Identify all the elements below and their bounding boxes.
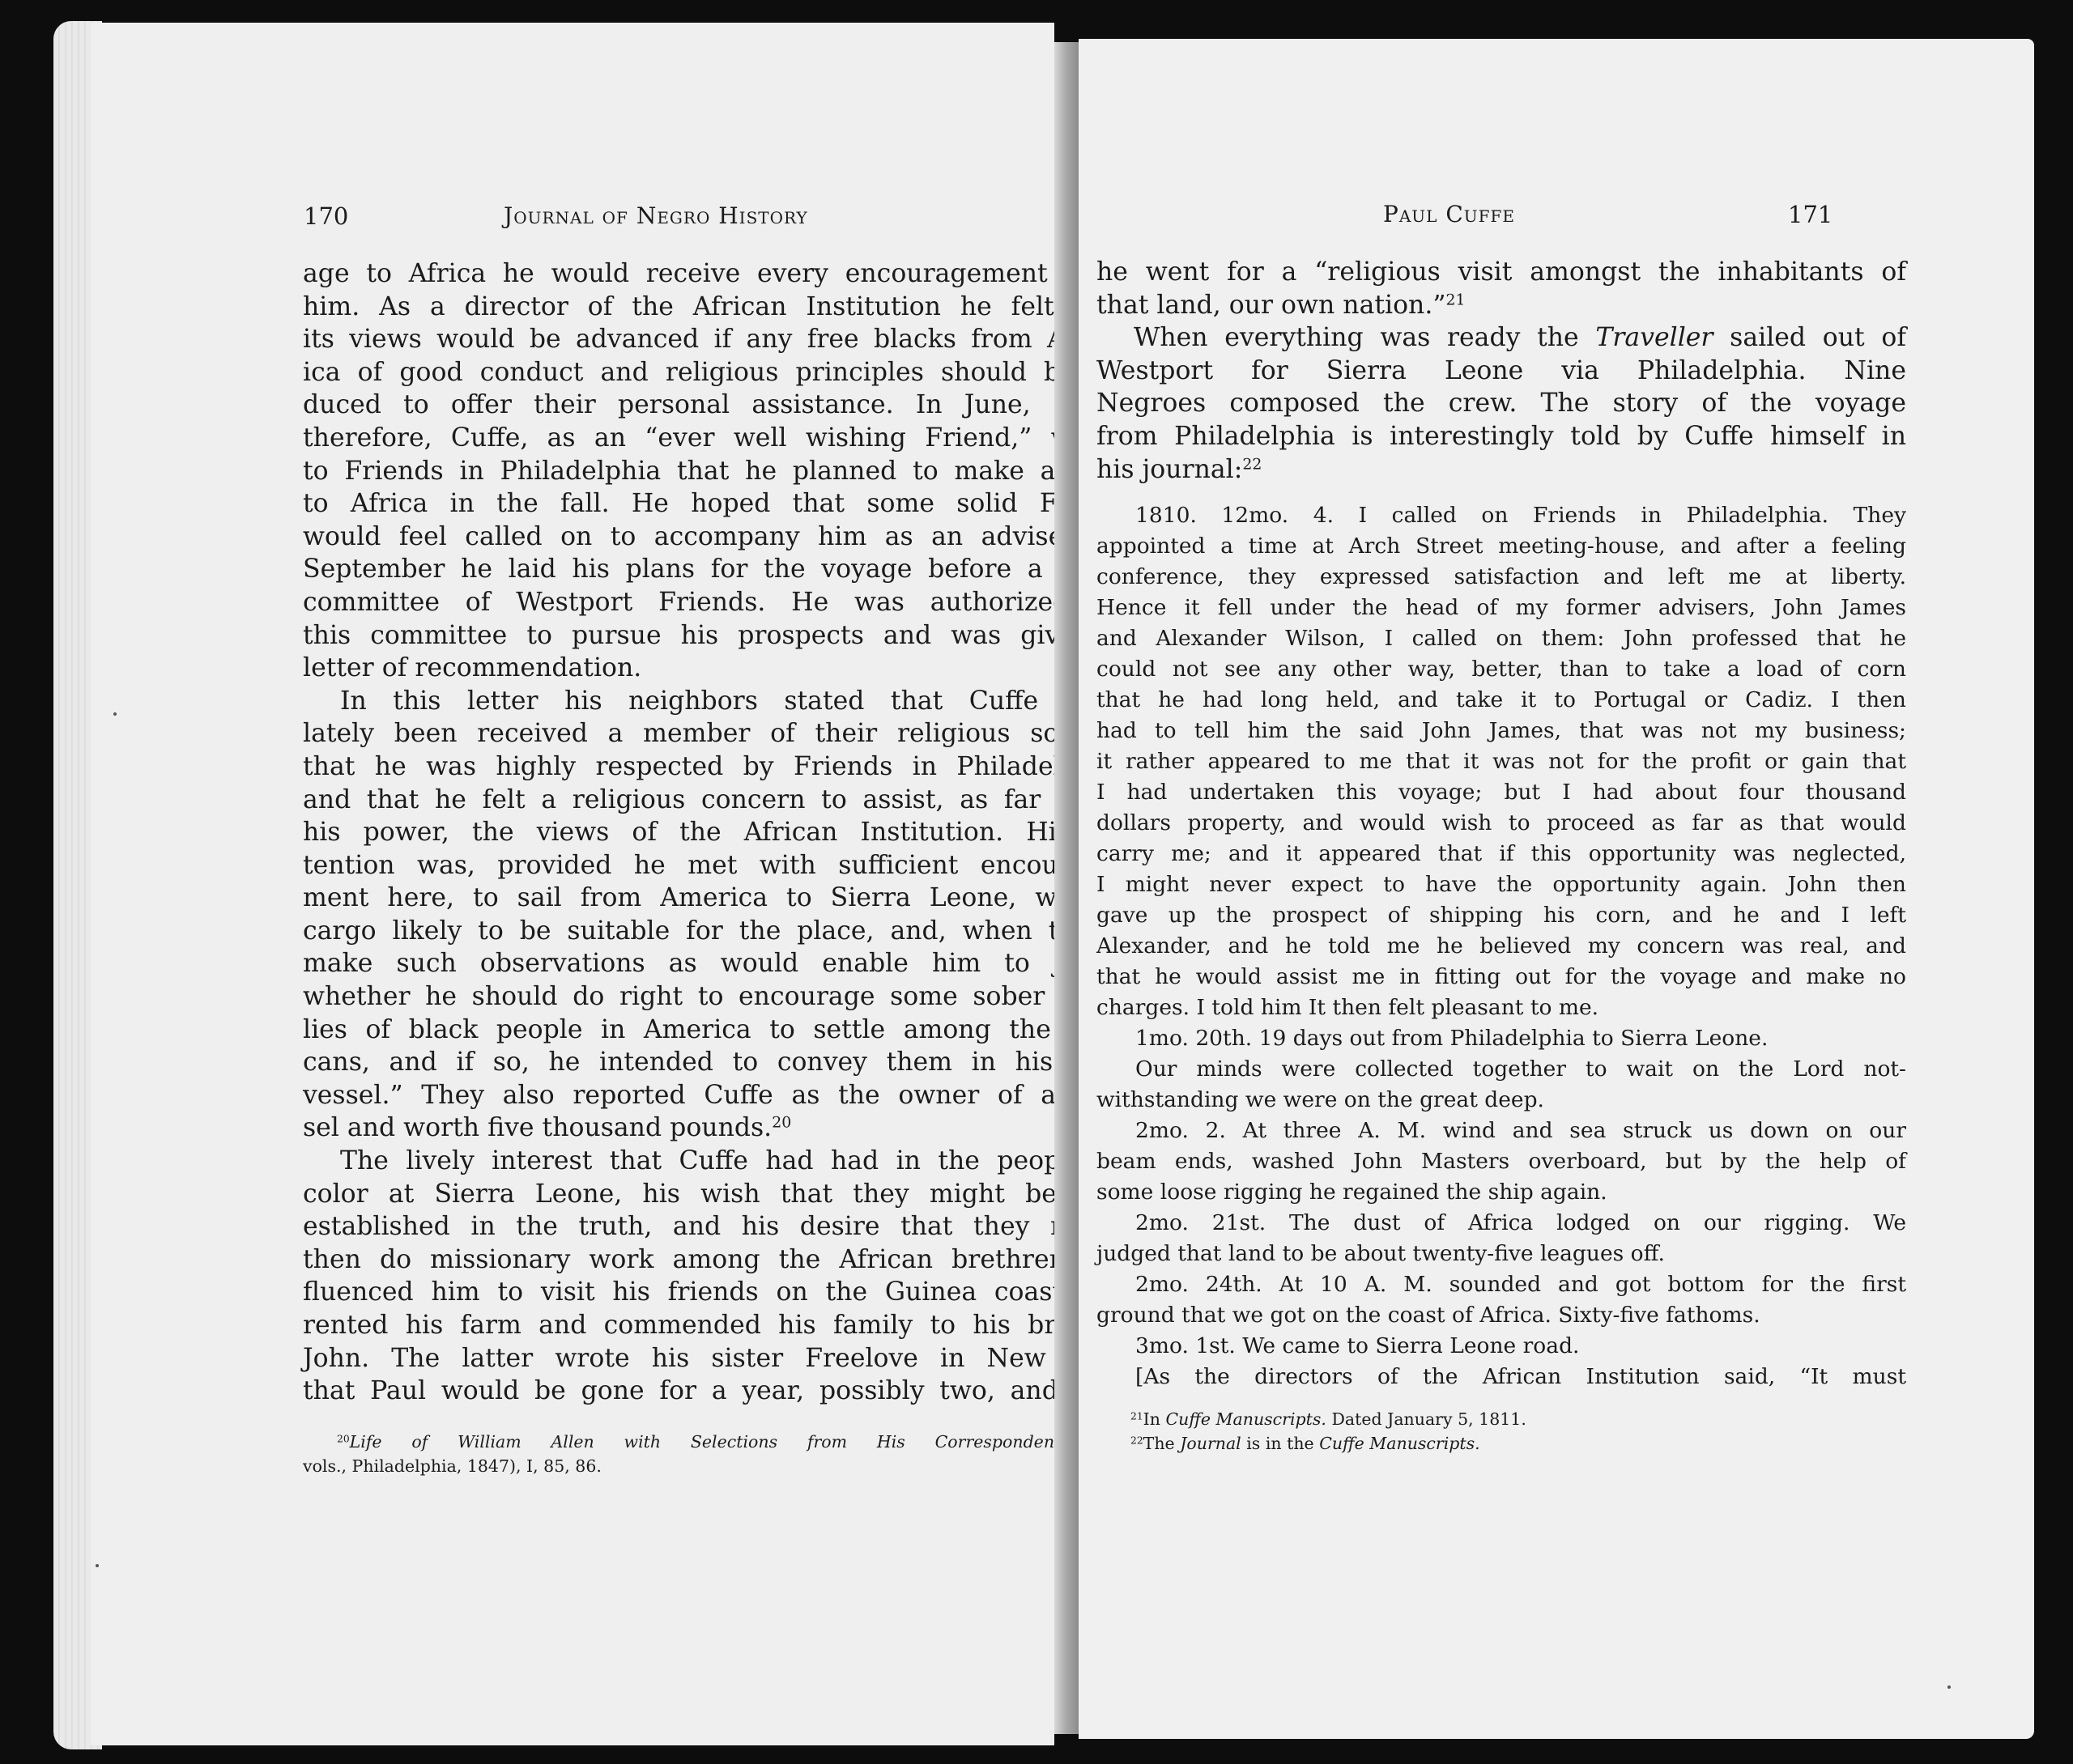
italic-title: Life of William Allen with Selections fr… [350,1432,1079,1452]
text-line: some loose rigging he regained the ship … [1096,1177,1906,1208]
footnote-number: 22 [1130,1435,1143,1446]
text-line: his power, the views of the African Inst… [303,816,1126,849]
journal-extract: 1810. 12mo. 4. I called on Friends in Ph… [1096,500,1906,1392]
text-line: 2mo. 24th. At 10 A. M. sounded and got b… [1096,1269,1906,1300]
text-line: whether he should do right to encourage … [303,980,1126,1014]
scan-speck [1947,1685,1951,1689]
text-line: age to Africa he would receive every enc… [303,257,1126,291]
text-line: John. The latter wrote his sister Freelo… [303,1342,1126,1375]
text-line: Hence it fell under the head of my forme… [1096,593,1906,623]
text-line: Our minds were collected together to wai… [1096,1054,1906,1085]
text-line: 2mo. 21st. The dust of Africa lodged on … [1096,1208,1906,1239]
text-line: cargo likely to be suitable for the plac… [303,915,1126,948]
text-line: committee of Westport Friends. He was au… [303,586,1126,619]
text-line: cans, and if so, he intended to convey t… [303,1046,1126,1079]
italic-title: Cuffe Manuscripts. [1165,1409,1326,1429]
footnotes: 21In Cuffe Manuscripts. Dated January 5,… [1096,1407,1906,1456]
text-line: its views would be advanced if any free … [303,323,1126,356]
text-line: Alexander, and he told me he believed my… [1096,931,1906,962]
text-line: The lively interest that Cuffe had had i… [303,1145,1126,1178]
text-line: ment here, to sail from America to Sierr… [303,882,1126,915]
right-page: Paul Cuffe 171 he went for a “religious … [1079,39,2034,1739]
footnote-line: vols., Philadelphia, 1847), I, 85, 86. [303,1454,1126,1478]
running-head: Journal of Negro History [504,202,808,229]
text-line: fluenced him to visit his friends on the… [303,1276,1126,1309]
text-line: conference, they expressed satisfaction … [1096,562,1906,593]
text-line: vessel.” They also reported Cuffe as the… [303,1079,1126,1112]
left-page: 170 Journal of Negro History age to Afri… [91,23,1054,1745]
text-line: had to tell him the said John James, tha… [1096,716,1906,746]
text-line: sel and worth five thousand pounds.20 [303,1112,1126,1145]
text-line: that Paul would be gone for a year, poss… [303,1375,1126,1408]
italic-title: Cuffe Manuscripts. [1319,1434,1479,1453]
text-line: established in the truth, and his desire… [303,1210,1126,1243]
italic-title: Journal [1180,1434,1241,1453]
text-line: appointed a time at Arch Street meeting-… [1096,531,1906,562]
text-line: 1810. 12mo. 4. I called on Friends in Ph… [1096,500,1906,531]
text-line: withstanding we were on the great deep. [1096,1085,1906,1116]
text-line: this committee to pursue his prospects a… [303,619,1126,652]
text-line: that he had long held, and take it to Po… [1096,685,1906,716]
footnotes: 20Life of William Allen with Selections … [303,1430,1126,1478]
text-line: September he laid his plans for the voya… [303,553,1126,586]
text-line: When everything was ready the Traveller … [1096,321,1906,355]
text-line: I might never expect to have the opportu… [1096,869,1906,900]
text-line: Westport for Sierra Leone via Philadelph… [1096,355,1906,388]
running-head: Paul Cuffe [1383,201,1515,227]
text-line: 1mo. 20th. 19 days out from Philadelphia… [1096,1023,1906,1054]
text-line: In this letter his neighbors stated that… [303,685,1126,718]
text-line: make such observations as would enable h… [303,947,1126,980]
text-line: to Friends in Philadelphia that he plann… [303,455,1126,488]
text-line: letter of recommendation. [303,652,1126,685]
text-line: his journal:22 [1096,453,1906,487]
text-line: and Alexander Wilson, I called on them: … [1096,623,1906,654]
body-text: he went for a “religious visit amongst t… [1096,256,1906,486]
text-line: 3mo. 1st. We came to Sierra Leone road. [1096,1331,1906,1362]
text-line: would feel called on to accompany him as… [303,521,1126,554]
text-line: charges. I told him It then felt pleasan… [1096,993,1906,1023]
text-line: tention was, provided he met with suffic… [303,849,1126,882]
italic-title: Traveller [1595,323,1713,352]
text-line: he went for a “religious visit amongst t… [1096,256,1906,289]
text-line: from Philadelphia is interestingly told … [1096,420,1906,453]
footnote-ref: 22 [1242,455,1262,473]
text-line: that he was highly respected by Friends … [303,750,1126,784]
footnote-number: 20 [337,1433,350,1444]
footnote-ref: 21 [1445,291,1465,308]
text-line: rented his farm and commended his family… [303,1309,1126,1342]
text-line: ica of good conduct and religious princi… [303,356,1126,389]
footnote-ref: 20 [772,1114,791,1132]
text-line: duced to offer their personal assistance… [303,389,1126,422]
text-line: dollars property, and would wish to proc… [1096,808,1906,839]
text-line: judged that land to be about twenty-five… [1096,1239,1906,1269]
text-line: him. As a director of the African Instit… [303,291,1126,324]
text-line: I had undertaken this voyage; but I had … [1096,777,1906,808]
text-line: Negroes composed the crew. The story of … [1096,387,1906,420]
text-line: that he would assist me in fitting out f… [1096,962,1906,993]
footnote-line: 21In Cuffe Manuscripts. Dated January 5,… [1096,1407,1906,1431]
text-line: ground that we got on the coast of Afric… [1096,1300,1906,1331]
footnote-line: 20Life of William Allen with Selections … [303,1430,1126,1454]
text-line: that land, our own nation.”21 [1096,289,1906,322]
page-number: 170 [304,202,348,230]
text-line: could not see any other way, better, tha… [1096,654,1906,685]
text-line: lately been received a member of their r… [303,717,1126,750]
page-number: 171 [1788,201,1832,228]
text-line: and that he felt a religious concern to … [303,784,1126,817]
footnote-line: 22The Journal is in the Cuffe Manuscript… [1096,1431,1906,1456]
scan-speck [113,712,117,716]
text-line: it rather appeared to me that it was not… [1096,746,1906,777]
text-line: 2mo. 2. At three A. M. wind and sea stru… [1096,1116,1906,1146]
text-line: to Africa in the fall. He hoped that som… [303,487,1126,521]
text-line: gave up the prospect of shipping his cor… [1096,900,1906,931]
text-line: beam ends, washed John Masters overboard… [1096,1146,1906,1177]
text-line: then do missionary work among the Africa… [303,1243,1126,1277]
text-line: carry me; and it appeared that if this o… [1096,839,1906,869]
body-text: age to Africa he would receive every enc… [303,257,1126,1408]
scan-speck [96,1564,99,1567]
text-line: therefore, Cuffe, as an “ever well wishi… [303,422,1126,455]
text-line: [As the directors of the African Institu… [1096,1362,1906,1392]
text-line: color at Sierra Leone, his wish that the… [303,1178,1126,1211]
footnote-number: 21 [1130,1410,1143,1422]
text-line: lies of black people in America to settl… [303,1014,1126,1047]
